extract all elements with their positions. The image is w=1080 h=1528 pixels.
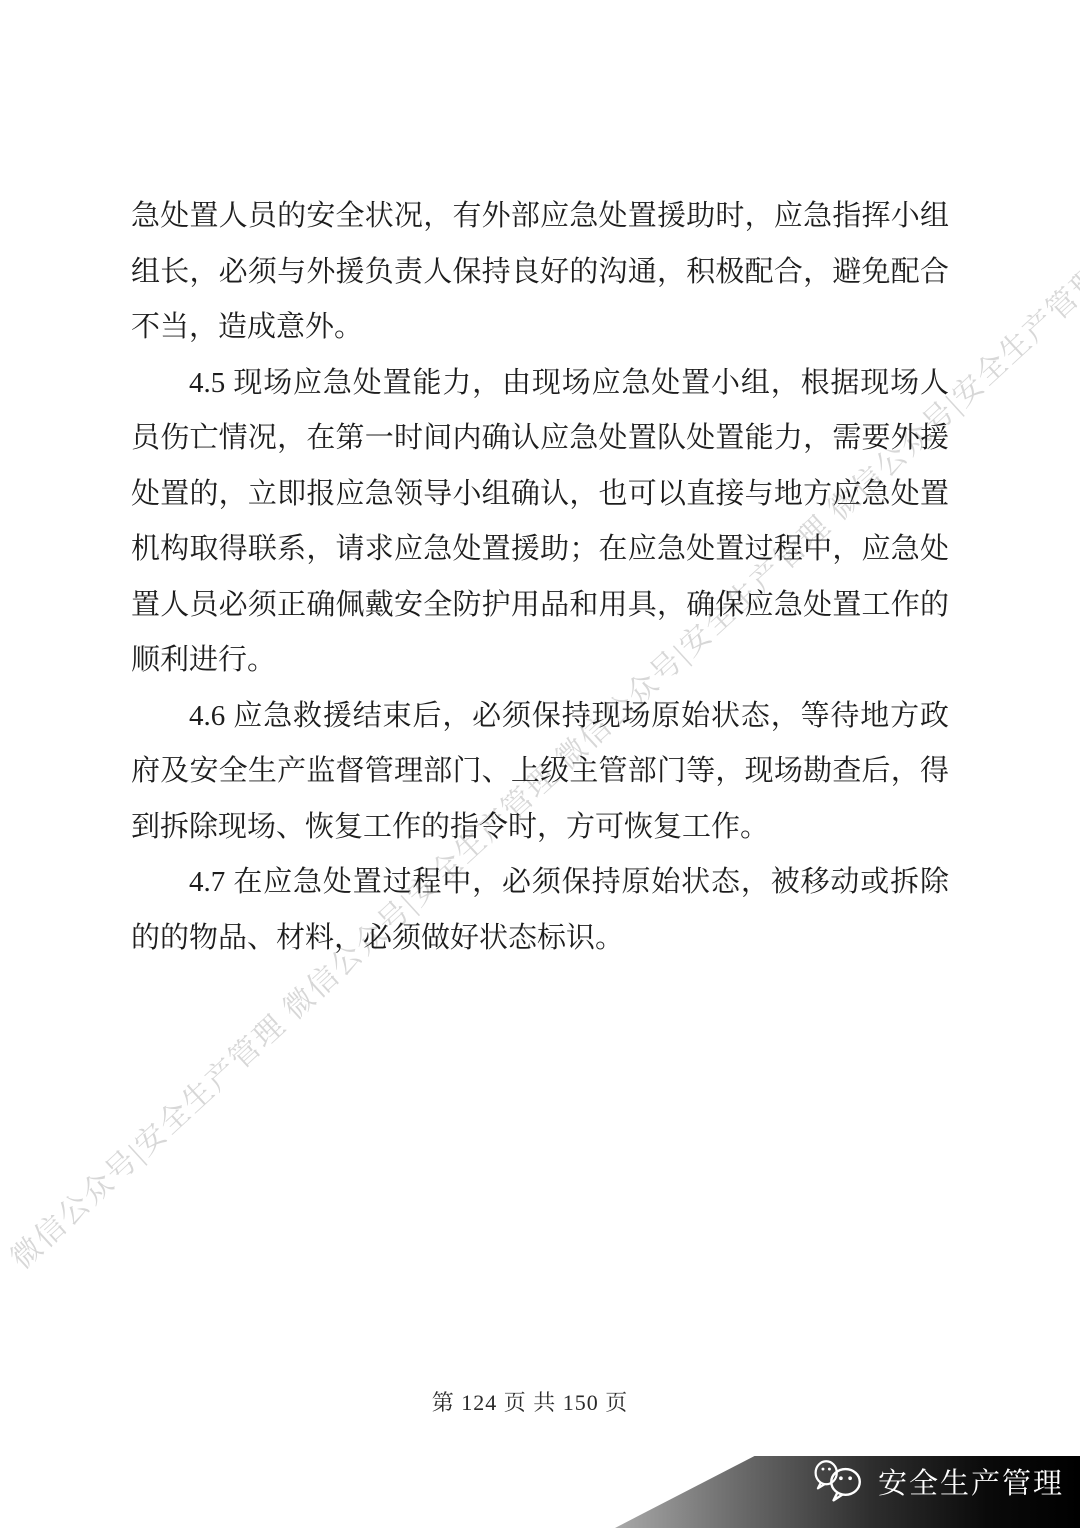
wechat-icon: [812, 1458, 868, 1504]
document-body: 急处置人员的安全状况，有外部应急处置援助时，应急指挥小组组长，必须与外援负责人保…: [131, 189, 949, 966]
page-number: 第 124 页 共 150 页: [0, 1386, 1060, 1417]
banner-content: 安全生产管理: [812, 1458, 1064, 1504]
paragraph-4-5: 4.5 现场应急处置能力，由现场应急处置小组，根据现场人员伤亡情况，在第一时间内…: [131, 356, 949, 689]
paragraph-4-7: 4.7 在应急处置过程中，必须保持原始状态，被移动或拆除的的物品、材料，必须做好…: [131, 855, 949, 966]
banner-label: 安全生产管理: [878, 1461, 1064, 1502]
document-page: 微信公众号|安全生产管理 微信公众号|安全生产管理 微信公众号|安全生产管理 微…: [0, 0, 1080, 1528]
paragraph: 急处置人员的安全状况，有外部应急处置援助时，应急指挥小组组长，必须与外援负责人保…: [131, 189, 949, 356]
wechat-banner: 安全生产管理: [615, 1456, 1080, 1528]
paragraph-4-6: 4.6 应急救援结束后，必须保持现场原始状态，等待地方政府及安全生产监督管理部门…: [131, 689, 949, 856]
